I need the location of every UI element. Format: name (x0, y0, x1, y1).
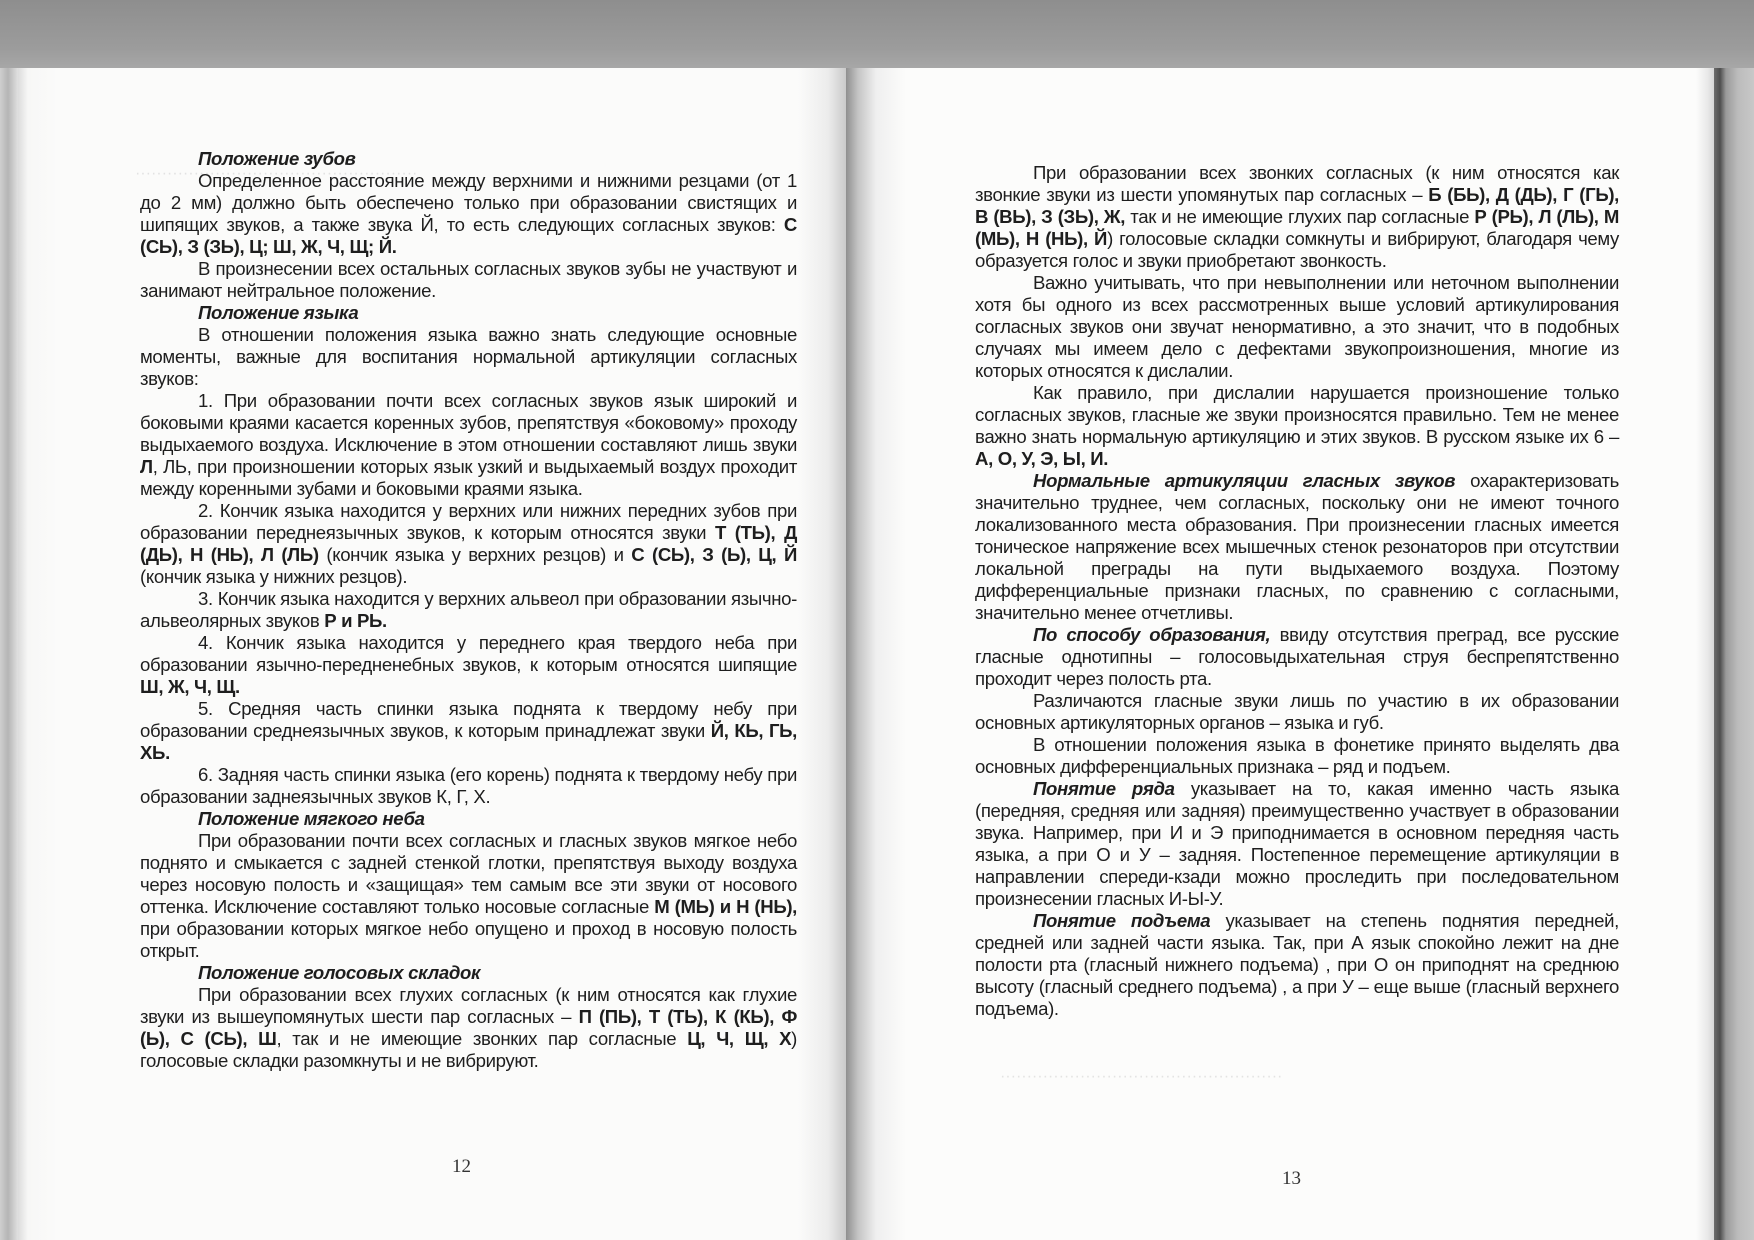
section-heading: Положение языка (140, 302, 797, 324)
bleed-through-text: ········································… (1000, 1068, 1282, 1086)
bold-term: М (МЬ) и Н (НЬ), (654, 896, 797, 917)
paragraph: В отношении положения языка в фонетике п… (975, 734, 1619, 778)
paragraph: Понятие ряда указывает на то, какая имен… (975, 778, 1619, 910)
text-run: при образовании которых мягкое небо опущ… (140, 918, 797, 961)
text-run: (кончик языка у нижних резцов). (140, 566, 407, 587)
paragraph: Как правило, при дислалии нарушается про… (975, 382, 1619, 470)
paragraph: Нормальные артикуляции гласных звуков ох… (975, 470, 1619, 624)
text-run: Определенное расстояние между верхними и… (140, 170, 797, 235)
text-run: 1. При образовании почти всех согласных … (140, 390, 797, 455)
inline-term-heading: Понятие ряда (1033, 778, 1175, 799)
text-run: В произнесении всех остальных согласных … (140, 258, 797, 301)
paragraph: При образовании всех звонких согласных (… (975, 162, 1619, 272)
paragraph: 3. Кончик языка находится у верхних альв… (140, 588, 797, 632)
scanner-background (0, 0, 1754, 70)
text-run: Важно учитывать, что при невыполнении ил… (975, 272, 1619, 381)
text-run: , так и не имеющие звонких пар согласные (276, 1028, 687, 1049)
text-run: так и не имеющие глухих пар согласные (1125, 206, 1474, 227)
text-run: 5. Средняя часть спинки языка поднята к … (140, 698, 797, 741)
page-number-right: 13 (1282, 1168, 1301, 1190)
bold-term: Ц, Ч, Щ, Х (687, 1028, 791, 1049)
paragraph: Понятие подъема указывает на степень под… (975, 910, 1619, 1020)
inline-term-heading: Нормальные артикуляции гласных звуков (1033, 470, 1455, 491)
page-number-left: 12 (452, 1156, 471, 1178)
text-run: , ЛЬ, при произношении которых язык узки… (140, 456, 797, 499)
paragraph: 2. Кончик языка находится у верхних или … (140, 500, 797, 588)
text-run: В отношении положения языка важно знать … (140, 324, 797, 389)
paragraph: 6. Задняя часть спинки языка (его корень… (140, 764, 797, 808)
paragraph: При образовании почти всех согласных и г… (140, 830, 797, 962)
paragraph: Различаются гласные звуки лишь по участи… (975, 690, 1619, 734)
section-heading: Положение голосовых складок (140, 962, 797, 984)
bold-term: Ш, Ж, Ч, Щ. (140, 676, 240, 697)
paragraph: 5. Средняя часть спинки языка поднята к … (140, 698, 797, 764)
bold-term: Л (140, 456, 153, 477)
bold-term: С (СЬ), З (Ь), Ц, Й (631, 544, 797, 565)
section-heading: Положение мягкого неба (140, 808, 797, 830)
text-run: охарактеризовать значительно труднее, че… (975, 470, 1619, 623)
text-run: В отношении положения языка в фонетике п… (975, 734, 1619, 777)
text-run: Различаются гласные звуки лишь по участи… (975, 690, 1619, 733)
text-run: (кончик языка у верхних резцов) и (319, 544, 632, 565)
paragraph: Определенное расстояние между верхними и… (140, 170, 797, 258)
bold-term: Р и РЬ. (324, 610, 387, 631)
text-run: 3. Кончик языка находится у верхних альв… (140, 588, 797, 631)
right-page-text: При образовании всех звонких согласных (… (975, 162, 1619, 1020)
paragraph: 1. При образовании почти всех согласных … (140, 390, 797, 500)
text-run: 6. Задняя часть спинки языка (его корень… (140, 764, 797, 807)
paragraph: При образовании всех глухих согласных (к… (140, 984, 797, 1072)
left-page-edge (0, 68, 18, 1240)
paragraph: Важно учитывать, что при невыполнении ил… (975, 272, 1619, 382)
text-run: Как правило, при дислалии нарушается про… (975, 382, 1619, 447)
bold-term: А, О, У, Э, Ы, И. (975, 448, 1108, 469)
right-page-edge (1714, 68, 1754, 1240)
paragraph: По способу образования, ввиду отсутствия… (975, 624, 1619, 690)
section-heading: Положение зубов (140, 148, 797, 170)
inline-term-heading: Понятие подъема (1033, 910, 1210, 931)
paragraph: В отношении положения языка важно знать … (140, 324, 797, 390)
text-run: 2. Кончик языка находится у верхних или … (140, 500, 797, 543)
inline-term-heading: По способу образования, (1033, 624, 1270, 645)
paragraph: 4. Кончик языка находится у переднего кр… (140, 632, 797, 698)
text-run: 4. Кончик языка находится у переднего кр… (140, 632, 797, 675)
left-page-text: Положение зубовОпределенное расстояние м… (140, 148, 797, 1072)
paragraph: В произнесении всех остальных согласных … (140, 258, 797, 302)
